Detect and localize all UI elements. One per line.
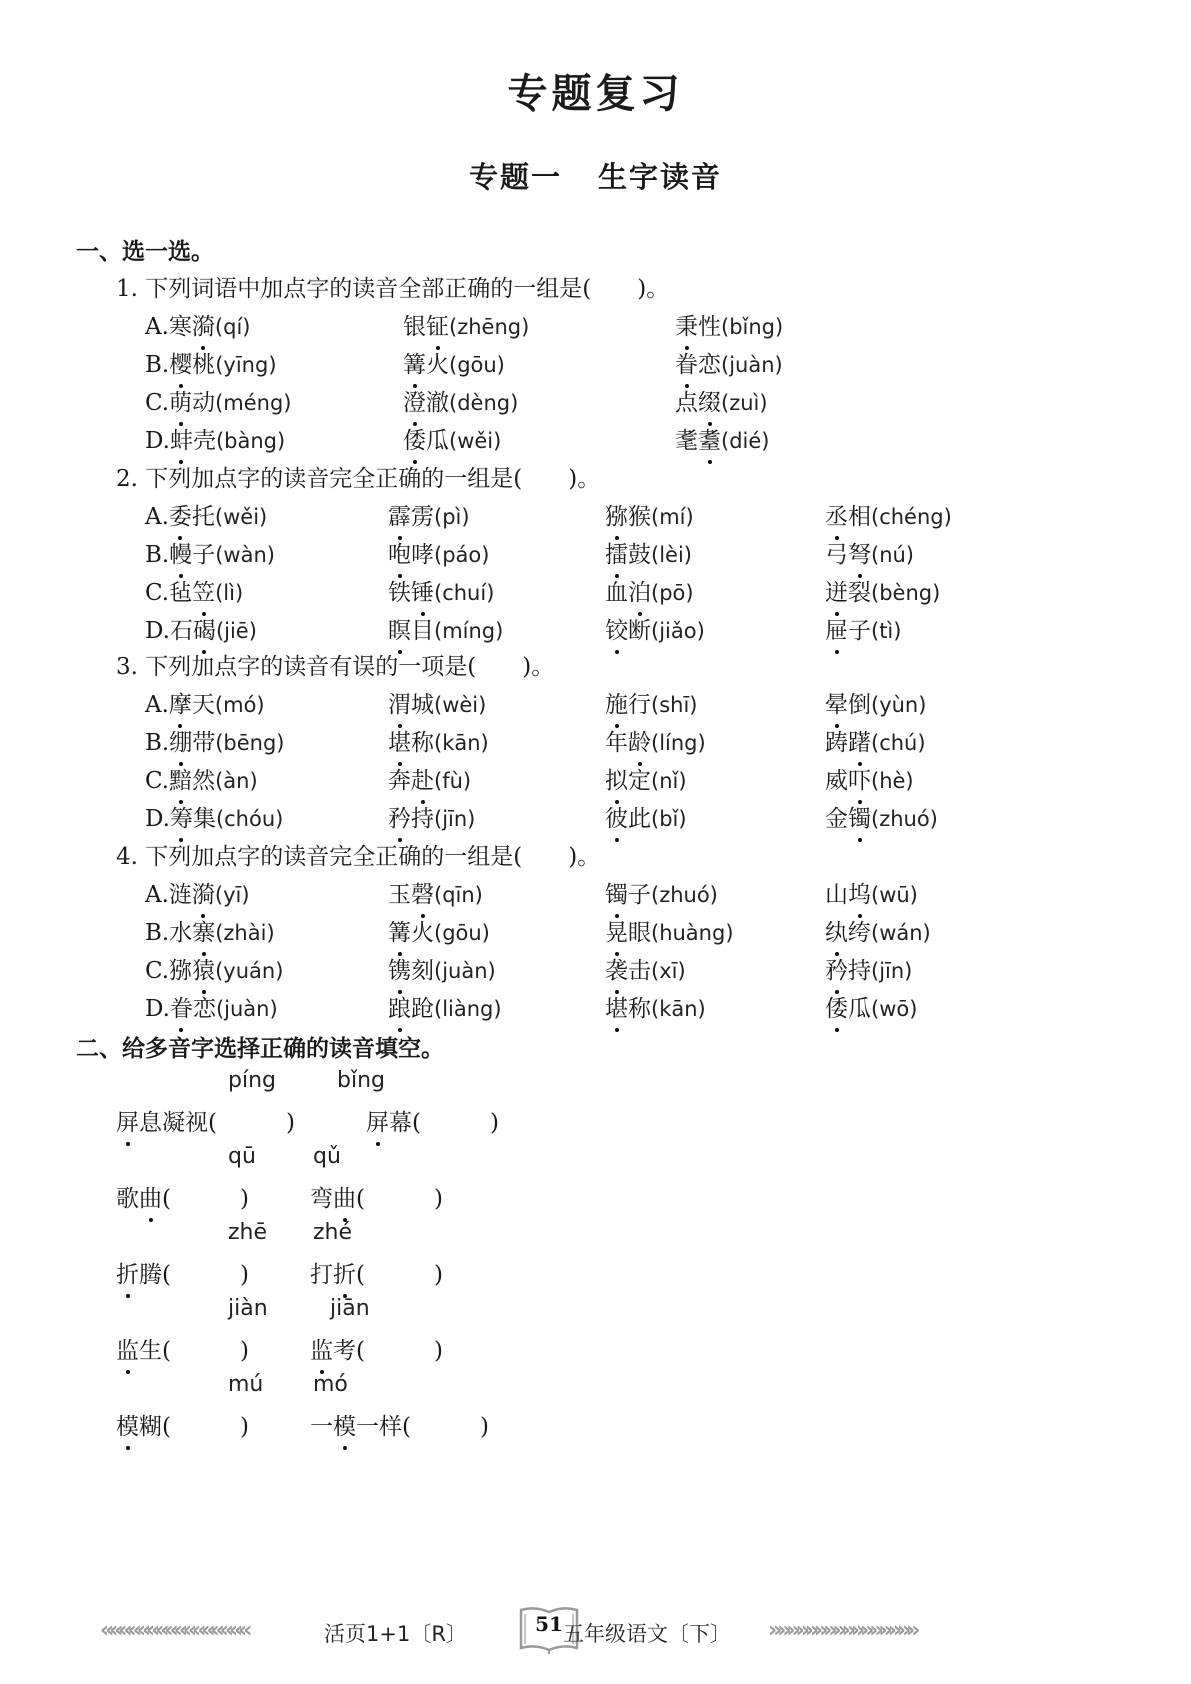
option-item: 屉子(tì) bbox=[825, 612, 901, 645]
character: 哮 bbox=[411, 542, 434, 568]
option-letter: B. bbox=[145, 920, 169, 946]
pinyin-option: mó bbox=[313, 1372, 348, 1397]
dotted-character: 倭 bbox=[403, 422, 426, 455]
pinyin-reading: (shī) bbox=[651, 693, 697, 717]
dotted-character: 晕 bbox=[825, 686, 848, 719]
dotted-character: 猕 bbox=[605, 498, 628, 531]
dotted-character: 纨 bbox=[825, 914, 848, 947]
dotted-character: 镯 bbox=[848, 800, 871, 833]
character: 倒 bbox=[848, 692, 871, 718]
pinyin-reading: (gōu) bbox=[434, 921, 490, 945]
fill-in-item: 弯曲( ) bbox=[310, 1180, 443, 1213]
character: 瓜 bbox=[848, 996, 871, 1022]
dotted-character: 咆 bbox=[388, 536, 411, 569]
option-letter: C. bbox=[145, 390, 169, 416]
character: 绔 bbox=[848, 920, 871, 946]
dotted-character: 摩 bbox=[169, 686, 192, 719]
dotted-character: 幔 bbox=[169, 536, 192, 569]
option-item: 澄澈(dèng) bbox=[403, 384, 518, 417]
dotted-character: 坞 bbox=[848, 876, 871, 909]
option-item: 矜持(jīn) bbox=[825, 952, 912, 985]
pinyin-reading: (jīn) bbox=[434, 807, 475, 831]
pinyin-reading: (páo) bbox=[434, 543, 489, 567]
dotted-character: 泊 bbox=[628, 574, 651, 607]
option-item: 眷恋(juàn) bbox=[675, 346, 783, 379]
dotted-character: 篝 bbox=[403, 346, 426, 379]
dotted-character: 晃 bbox=[605, 914, 628, 947]
option-item: 霹雳(pì) bbox=[388, 498, 470, 531]
option-item: 铰断(jiǎo) bbox=[605, 612, 705, 645]
pinyin-reading: (zhēng) bbox=[449, 315, 529, 339]
dotted-character: 堪 bbox=[605, 990, 628, 1023]
character: 目 bbox=[411, 618, 434, 644]
character: 铁 bbox=[388, 580, 411, 606]
character: 年 bbox=[605, 730, 628, 756]
dotted-character: 眷 bbox=[675, 346, 698, 379]
character: 寒 bbox=[169, 314, 192, 340]
character: 火 bbox=[426, 352, 449, 378]
pinyin-reading: (jiē) bbox=[216, 619, 257, 643]
pinyin-reading: (mó) bbox=[215, 693, 265, 717]
fill-in-item: 屏幕( ) bbox=[366, 1104, 499, 1137]
fill-in-item: 监生( ) bbox=[116, 1332, 249, 1365]
pinyin-reading: (lì) bbox=[215, 581, 243, 605]
option-item: 镌刻(juàn) bbox=[388, 952, 496, 985]
character: 瓜 bbox=[426, 428, 449, 454]
pinyin-reading: (nǐ) bbox=[651, 769, 687, 793]
answer-blank[interactable]: ( ) bbox=[356, 1256, 443, 1289]
character: 相 bbox=[848, 504, 871, 530]
answer-blank[interactable]: ( ) bbox=[162, 1256, 249, 1289]
pinyin-reading: (liàng) bbox=[434, 997, 502, 1021]
option-item: 踌躇(chú) bbox=[825, 724, 926, 757]
dotted-character: 龄 bbox=[628, 724, 651, 757]
option-letter: D. bbox=[145, 996, 170, 1022]
subtitle-topic-number: 专题一 bbox=[469, 160, 562, 194]
option-item: A.委托(wěi) bbox=[145, 498, 267, 531]
character: 雳 bbox=[411, 504, 434, 530]
pinyin-reading: (gōu) bbox=[449, 353, 505, 377]
option-letter: C. bbox=[145, 958, 169, 984]
pinyin-reading: (tì) bbox=[871, 619, 901, 643]
option-item: B.幔子(wàn) bbox=[145, 536, 275, 569]
character: 奔 bbox=[388, 768, 411, 794]
pinyin-option: zhé bbox=[313, 1220, 352, 1245]
pinyin-reading: (jīn) bbox=[871, 959, 912, 983]
dotted-character: 曲 bbox=[139, 1180, 162, 1213]
character: 威 bbox=[825, 768, 848, 794]
character: 行 bbox=[628, 692, 651, 718]
pinyin-reading: (bǐ) bbox=[651, 807, 687, 831]
character: 血 bbox=[605, 580, 628, 606]
option-item: 金镯(zhuó) bbox=[825, 800, 938, 833]
character: 水 bbox=[169, 920, 192, 946]
character: 猕 bbox=[169, 958, 192, 984]
dotted-character: 篝 bbox=[388, 914, 411, 947]
option-item: D.石碣(jiē) bbox=[145, 612, 257, 645]
dotted-character: 屉 bbox=[825, 612, 848, 645]
dotted-character: 磬 bbox=[411, 876, 434, 909]
answer-blank[interactable]: ( ) bbox=[162, 1332, 249, 1365]
character: 玉 bbox=[388, 882, 411, 908]
pinyin-option: zhē bbox=[228, 1220, 267, 1245]
option-item: 猕猴(mí) bbox=[605, 498, 694, 531]
character: 银 bbox=[403, 314, 426, 340]
character: 然 bbox=[192, 768, 215, 794]
dotted-character: 笠 bbox=[192, 574, 215, 607]
option-item: B.水寨(zhài) bbox=[145, 914, 275, 947]
character: 毡 bbox=[169, 580, 192, 606]
option-item: 渭城(wèi) bbox=[388, 686, 486, 719]
answer-blank[interactable]: ( ) bbox=[208, 1104, 295, 1137]
option-item: 纨绔(wán) bbox=[825, 914, 931, 947]
option-item: 篝火(gōu) bbox=[403, 346, 505, 379]
dotted-character: 萌 bbox=[169, 384, 192, 417]
option-letter: A. bbox=[145, 504, 169, 530]
dotted-character: 碣 bbox=[193, 612, 216, 645]
option-item: 山坞(wū) bbox=[825, 876, 918, 909]
pinyin-reading: (chuí) bbox=[434, 581, 494, 605]
option-item: 彼此(bǐ) bbox=[605, 800, 687, 833]
dotted-character: 樱 bbox=[169, 346, 192, 379]
dotted-character: 秉 bbox=[675, 308, 698, 341]
option-item: 年龄(líng) bbox=[605, 724, 706, 757]
dotted-character: 赴 bbox=[411, 762, 434, 795]
dotted-character: 躇 bbox=[848, 724, 871, 757]
pinyin-reading: (qí) bbox=[215, 315, 251, 339]
pinyin-reading: (pō) bbox=[651, 581, 694, 605]
pinyin-reading: (bàng) bbox=[216, 429, 285, 453]
option-item: B.樱桃(yīng) bbox=[145, 346, 277, 379]
dotted-character: 寨 bbox=[192, 914, 215, 947]
dotted-character: 锤 bbox=[411, 574, 434, 607]
pinyin-reading: (zhuó) bbox=[871, 807, 938, 831]
dotted-character: 迸 bbox=[825, 574, 848, 607]
character: 子 bbox=[192, 542, 215, 568]
page-footer: «««««««««««««««« 活页1+1〔R〕 51 五年级语文〔下〕 »»… bbox=[100, 1612, 1090, 1656]
character: 称 bbox=[628, 996, 651, 1022]
pinyin-reading: (zuì) bbox=[721, 391, 768, 415]
option-item: 点缀(zuì) bbox=[675, 384, 768, 417]
pinyin-reading: (juàn) bbox=[434, 959, 496, 983]
character: 样 bbox=[379, 1414, 402, 1440]
option-item: B.绷带(bēng) bbox=[145, 724, 285, 757]
option-letter: D. bbox=[145, 618, 170, 644]
dotted-character: 钲 bbox=[426, 308, 449, 341]
pinyin-reading: (zhuó) bbox=[651, 883, 718, 907]
option-item: 倭瓜(wō) bbox=[825, 990, 917, 1023]
option-letter: D. bbox=[145, 428, 170, 454]
answer-blank[interactable]: ( ) bbox=[162, 1408, 249, 1441]
option-item: 弓弩(nú) bbox=[825, 536, 914, 569]
character: 息 bbox=[139, 1110, 162, 1136]
option-item: A.摩天(mó) bbox=[145, 686, 265, 719]
character: 歌 bbox=[116, 1186, 139, 1212]
option-item: A.涟漪(yī) bbox=[145, 876, 250, 909]
character: 带 bbox=[192, 730, 215, 756]
character: 幕 bbox=[389, 1110, 412, 1136]
pinyin-reading: (pì) bbox=[434, 505, 470, 529]
pinyin-reading: (jiǎo) bbox=[651, 619, 705, 643]
character: 火 bbox=[411, 920, 434, 946]
character: 生 bbox=[139, 1338, 162, 1364]
character: 踌 bbox=[825, 730, 848, 756]
option-item: 拟定(nǐ) bbox=[605, 762, 687, 795]
answer-blank[interactable]: ( ) bbox=[402, 1408, 489, 1441]
character: 一 bbox=[356, 1414, 379, 1440]
question-stem-3: 3. 下列加点字的读音有误的一项是( )。 bbox=[116, 648, 554, 681]
pinyin-reading: (hè) bbox=[871, 769, 914, 793]
character: 考 bbox=[333, 1338, 356, 1364]
pinyin-reading: (chéng) bbox=[871, 505, 952, 529]
dotted-character: 蚌 bbox=[170, 422, 193, 455]
dotted-character: 模 bbox=[116, 1408, 139, 1441]
dotted-character: 缀 bbox=[698, 384, 721, 417]
dotted-character: 耋 bbox=[698, 422, 721, 455]
pinyin-reading: (yīng) bbox=[215, 353, 276, 377]
dotted-character: 镌 bbox=[388, 952, 411, 985]
pinyin-option: jiān bbox=[330, 1296, 370, 1321]
character: 定 bbox=[628, 768, 651, 794]
pinyin-option: jiàn bbox=[228, 1296, 268, 1321]
option-item: 踉跄(liàng) bbox=[388, 990, 502, 1023]
option-item: 丞相(chéng) bbox=[825, 498, 952, 531]
character: 持 bbox=[411, 806, 434, 832]
option-letter: B. bbox=[145, 352, 169, 378]
fill-in-item: 打折( ) bbox=[310, 1256, 443, 1289]
option-letter: B. bbox=[145, 542, 169, 568]
dotted-character: 折 bbox=[116, 1256, 139, 1289]
character: 断 bbox=[628, 618, 651, 644]
dotted-character: 模 bbox=[333, 1408, 356, 1441]
character: 天 bbox=[192, 692, 215, 718]
pinyin-option: qū bbox=[228, 1144, 256, 1169]
answer-blank[interactable]: ( ) bbox=[356, 1180, 443, 1213]
pinyin-reading: (dèng) bbox=[449, 391, 518, 415]
character: 托 bbox=[192, 504, 215, 530]
character: 金 bbox=[825, 806, 848, 832]
character: 打 bbox=[310, 1262, 333, 1288]
pinyin-reading: (wàn) bbox=[215, 543, 275, 567]
option-item: 袭击(xī) bbox=[605, 952, 686, 985]
dotted-character: 矜 bbox=[825, 952, 848, 985]
fill-in-item: 折腾( ) bbox=[116, 1256, 249, 1289]
left-arrows-decoration: «««««««««««««««« bbox=[100, 1618, 247, 1643]
character: 动 bbox=[192, 390, 215, 416]
character: 视 bbox=[185, 1110, 208, 1136]
dotted-character: 弩 bbox=[848, 536, 871, 569]
option-letter: D. bbox=[145, 806, 170, 832]
dotted-character: 擂 bbox=[605, 536, 628, 569]
pinyin-reading: (bēng) bbox=[215, 731, 284, 755]
dotted-character: 眷 bbox=[170, 990, 193, 1023]
dotted-character: 绷 bbox=[169, 724, 192, 757]
pinyin-reading: (lèi) bbox=[651, 543, 692, 567]
fill-in-item: 监考( ) bbox=[310, 1332, 443, 1365]
pinyin-reading: (huàng) bbox=[651, 921, 734, 945]
pinyin-reading: (kān) bbox=[651, 997, 706, 1021]
pinyin-reading: (wō) bbox=[871, 997, 917, 1021]
character: 集 bbox=[193, 806, 216, 832]
option-item: 堪称(kān) bbox=[388, 724, 489, 757]
pinyin-reading: (méng) bbox=[215, 391, 291, 415]
dotted-character: 折 bbox=[333, 1256, 356, 1289]
option-letter: A. bbox=[145, 314, 169, 340]
character: 子 bbox=[628, 882, 651, 908]
dotted-character: 监 bbox=[116, 1332, 139, 1365]
dotted-character: 监 bbox=[310, 1332, 333, 1365]
option-item: 倭瓜(wěi) bbox=[403, 422, 501, 455]
option-item: 堪称(kān) bbox=[605, 990, 706, 1023]
pinyin-reading: (wán) bbox=[871, 921, 931, 945]
pinyin-reading: (yùn) bbox=[871, 693, 926, 717]
pinyin-reading: (zhài) bbox=[215, 921, 274, 945]
pinyin-reading: (fù) bbox=[434, 769, 471, 793]
option-item: D.筹集(chóu) bbox=[145, 800, 283, 833]
option-letter: C. bbox=[145, 580, 169, 606]
option-item: C.萌动(méng) bbox=[145, 384, 292, 417]
character: 点 bbox=[675, 390, 698, 416]
page-title: 专题复习 bbox=[0, 62, 1191, 119]
option-item: 血泊(pō) bbox=[605, 574, 694, 607]
option-item: D.蚌壳(bàng) bbox=[145, 422, 285, 455]
dotted-character: 丞 bbox=[825, 498, 848, 531]
footer-series-name: 活页1+1〔R〕 bbox=[324, 1618, 467, 1648]
pinyin-reading: (chú) bbox=[871, 731, 926, 755]
character: 猴 bbox=[628, 504, 651, 530]
option-item: 镯子(zhuó) bbox=[605, 876, 718, 909]
character: 称 bbox=[411, 730, 434, 756]
answer-blank[interactable]: ( ) bbox=[356, 1332, 443, 1365]
dotted-character: 堪 bbox=[388, 724, 411, 757]
option-letter: B. bbox=[145, 730, 169, 756]
pinyin-reading: (bèng) bbox=[871, 581, 940, 605]
option-item: 擂鼓(lèi) bbox=[605, 536, 692, 569]
pinyin-reading: (chóu) bbox=[216, 807, 283, 831]
option-item: 铁锤(chuí) bbox=[388, 574, 494, 607]
option-item: 施行(shī) bbox=[605, 686, 697, 719]
pinyin-reading: (dié) bbox=[721, 429, 769, 453]
pinyin-reading: (bǐng) bbox=[721, 315, 783, 339]
dotted-character: 筹 bbox=[170, 800, 193, 833]
pinyin-reading: (mí) bbox=[651, 505, 694, 529]
option-item: 威吓(hè) bbox=[825, 762, 914, 795]
character: 弯 bbox=[310, 1186, 333, 1212]
character: 恋 bbox=[698, 352, 721, 378]
subtitle-topic-name: 生字读音 bbox=[598, 160, 722, 194]
pinyin-option: mú bbox=[228, 1372, 263, 1397]
option-item: 奔赴(fù) bbox=[388, 762, 471, 795]
dotted-character: 黯 bbox=[169, 762, 192, 795]
option-item: 秉性(bǐng) bbox=[675, 308, 783, 341]
dotted-character: 霹 bbox=[388, 498, 411, 531]
option-item: 银钲(zhēng) bbox=[403, 308, 529, 341]
pinyin-reading: (wěi) bbox=[449, 429, 501, 453]
option-item: C.毡笠(lì) bbox=[145, 574, 243, 607]
pinyin-reading: (wěi) bbox=[215, 505, 267, 529]
pinyin-reading: (nú) bbox=[871, 543, 914, 567]
character: 糊 bbox=[139, 1414, 162, 1440]
section-2-heading: 二、给多音字选择正确的读音填空。 bbox=[76, 1030, 444, 1063]
pinyin-reading: (kān) bbox=[434, 731, 489, 755]
pinyin-reading: (qīn) bbox=[434, 883, 483, 907]
option-item: 玉磬(qīn) bbox=[388, 876, 483, 909]
pinyin-reading: (líng) bbox=[651, 731, 706, 755]
pinyin-option: píng bbox=[228, 1068, 276, 1093]
dotted-character: 漪 bbox=[192, 876, 215, 909]
question-stem-1: 1. 下列词语中加点字的读音全部正确的一组是( )。 bbox=[116, 270, 669, 303]
character: 澈 bbox=[426, 390, 449, 416]
pinyin-reading: (míng) bbox=[434, 619, 503, 643]
character: 子 bbox=[848, 618, 871, 644]
option-item: 矜持(jīn) bbox=[388, 800, 475, 833]
pinyin-reading: (yī) bbox=[215, 883, 250, 907]
dotted-character: 吓 bbox=[848, 762, 871, 795]
option-item: 迸裂(bèng) bbox=[825, 574, 940, 607]
character: 一 bbox=[310, 1414, 333, 1440]
footer-book-title: 五年级语文〔下〕 bbox=[563, 1618, 731, 1648]
character: 刻 bbox=[411, 958, 434, 984]
character: 弓 bbox=[825, 542, 848, 568]
page-subtitle: 专题一生字读音 bbox=[0, 155, 1191, 196]
option-item: A.寒漪(qí) bbox=[145, 308, 250, 341]
pinyin-reading: (àn) bbox=[215, 769, 258, 793]
character: 此 bbox=[628, 806, 651, 832]
option-item: C.猕猿(yuán) bbox=[145, 952, 283, 985]
dotted-character: 屏 bbox=[366, 1104, 389, 1137]
dotted-character: 曲 bbox=[333, 1180, 356, 1213]
character: 跄 bbox=[411, 996, 434, 1022]
section-1-heading: 一、选一选。 bbox=[76, 233, 214, 266]
answer-blank[interactable]: ( ) bbox=[412, 1104, 499, 1137]
fill-in-item: 一模一样( ) bbox=[310, 1408, 489, 1441]
pinyin-reading: (juàn) bbox=[721, 353, 783, 377]
pinyin-reading: (yuán) bbox=[215, 959, 283, 983]
pinyin-reading: (wū) bbox=[871, 883, 918, 907]
character: 击 bbox=[628, 958, 651, 984]
option-item: C.黯然(àn) bbox=[145, 762, 258, 795]
option-item: D.眷恋(juàn) bbox=[145, 990, 278, 1023]
option-item: 耄耋(dié) bbox=[675, 422, 769, 455]
dotted-character: 委 bbox=[169, 498, 192, 531]
option-letter: A. bbox=[145, 692, 169, 718]
fill-in-item: 屏息凝视( ) bbox=[116, 1104, 295, 1137]
dotted-character: 镯 bbox=[605, 876, 628, 909]
option-item: 咆哮(páo) bbox=[388, 536, 489, 569]
dotted-character: 渭 bbox=[388, 686, 411, 719]
option-item: 晃眼(huàng) bbox=[605, 914, 734, 947]
dotted-character: 袭 bbox=[605, 952, 628, 985]
pinyin-option: bǐng bbox=[337, 1068, 385, 1093]
dotted-character: 澄 bbox=[403, 384, 426, 417]
dotted-character: 瞑 bbox=[388, 612, 411, 645]
dotted-character: 施 bbox=[605, 686, 628, 719]
character: 耄 bbox=[675, 428, 698, 454]
character: 鼓 bbox=[628, 542, 651, 568]
character: 山 bbox=[825, 882, 848, 908]
answer-blank[interactable]: ( ) bbox=[162, 1180, 249, 1213]
character: 壳 bbox=[193, 428, 216, 454]
question-stem-2: 2. 下列加点字的读音完全正确的一组是( )。 bbox=[116, 460, 600, 493]
option-item: 瞑目(míng) bbox=[388, 612, 503, 645]
dotted-character: 矜 bbox=[388, 800, 411, 833]
character: 石 bbox=[170, 618, 193, 644]
pinyin-reading: (juàn) bbox=[216, 997, 278, 1021]
character: 恋 bbox=[193, 996, 216, 1022]
option-item: 晕倒(yùn) bbox=[825, 686, 926, 719]
character: 城 bbox=[411, 692, 434, 718]
dotted-character: 倭 bbox=[825, 990, 848, 1023]
